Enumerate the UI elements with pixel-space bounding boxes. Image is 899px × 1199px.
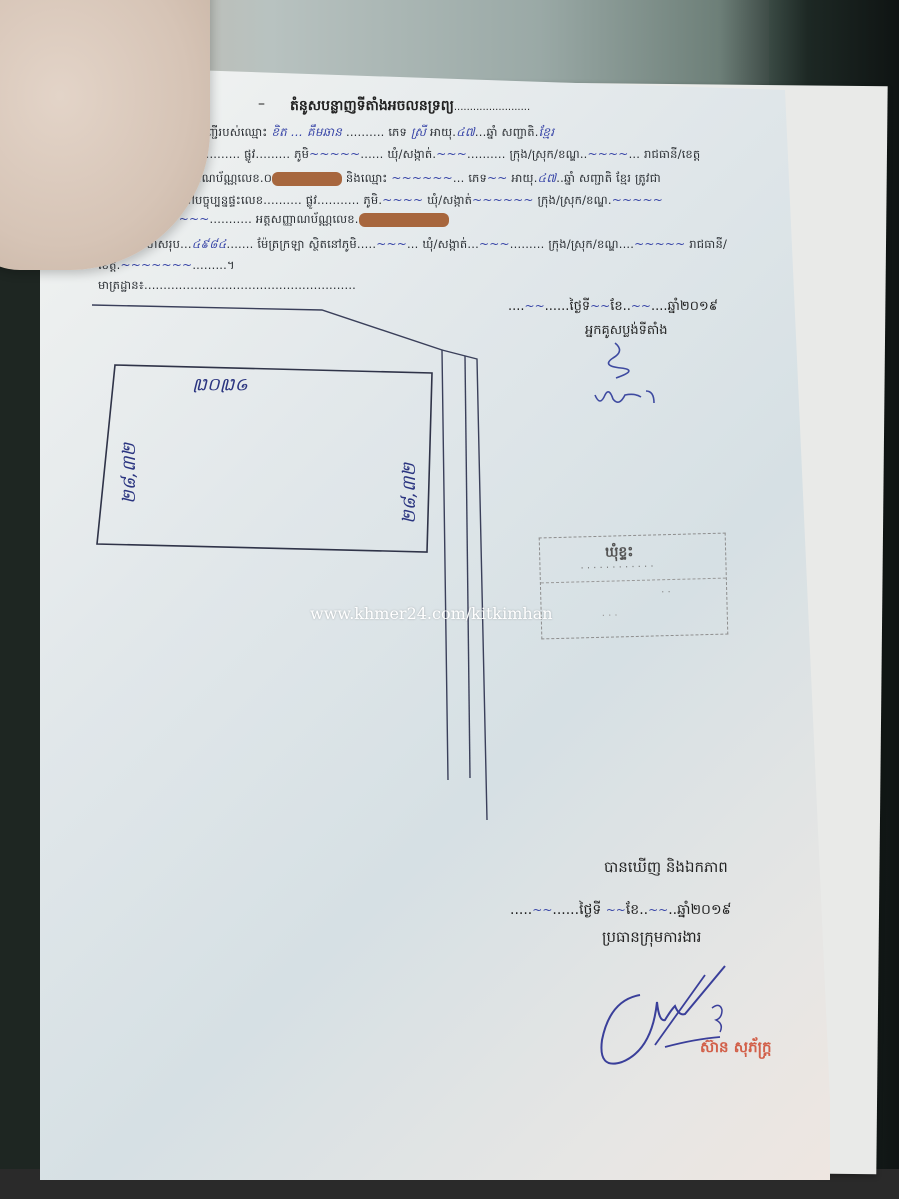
- watermark: www.khmer24.com/kitkimhan: [310, 604, 553, 623]
- seal-name: ស៊ាន សុភ័ក្រ្ត: [700, 1038, 772, 1060]
